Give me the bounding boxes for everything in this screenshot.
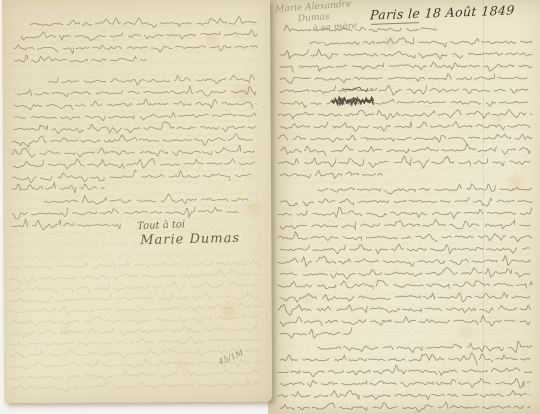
- letter-page-left: Tout à toi Marie Dumas 45/1M: [2, 0, 272, 403]
- pencil-annotation: Marie Alexandre Dumas à sa mère: [275, 0, 358, 38]
- left-page-handwriting-svg: [2, 0, 272, 403]
- letter-photo: Tout à toi Marie Dumas 45/1M Marie Alexa…: [0, 0, 540, 414]
- paper-crease: [483, 0, 484, 414]
- closing-line: Tout à toi: [137, 219, 185, 232]
- signature: Marie Dumas: [140, 231, 240, 248]
- right-page-handwriting-svg: [268, 0, 540, 414]
- letter-page-right: Marie Alexandre Dumas à sa mère Paris le…: [268, 0, 540, 414]
